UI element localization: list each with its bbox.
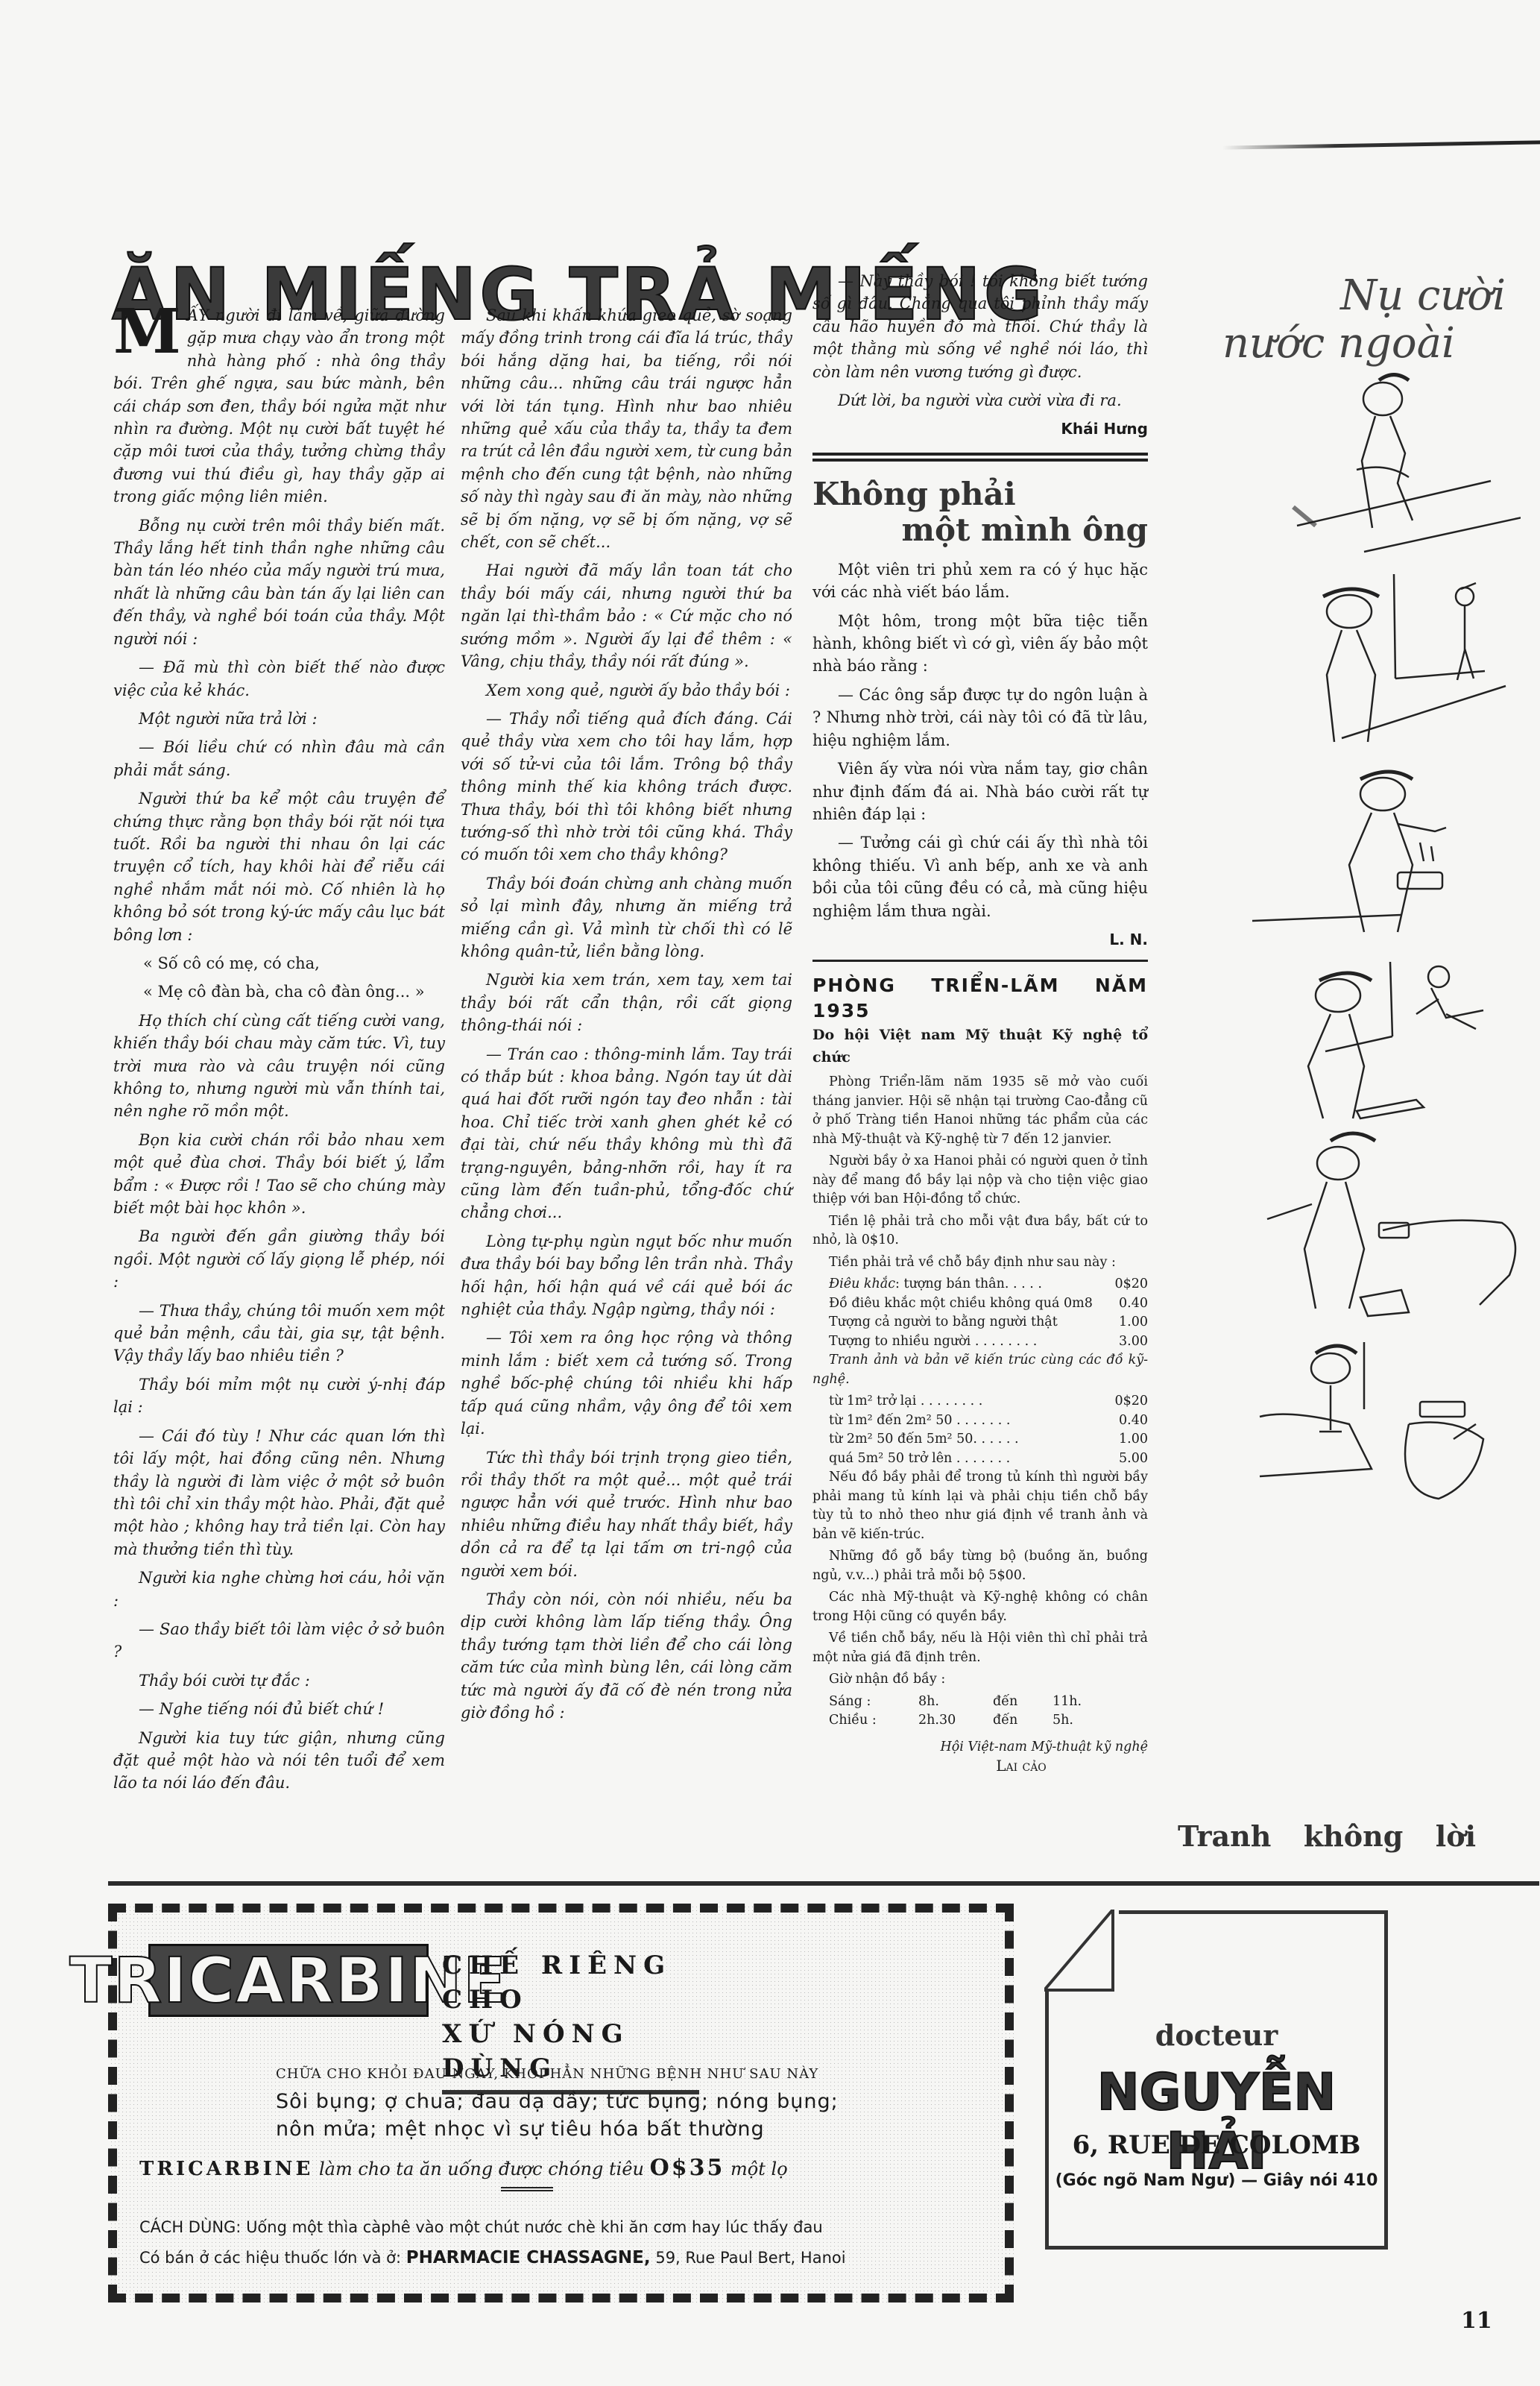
article-paragraph: — Bói liều chứ có nhìn đâu mà cần phải m… bbox=[113, 736, 445, 781]
price-value: 1.00 bbox=[1119, 1430, 1148, 1449]
article-paragraph: Người thứ ba kể một câu truyện để chứng … bbox=[113, 787, 445, 946]
exhibition-paragraph: Các nhà Mỹ-thuật và Kỹ-nghệ không có châ… bbox=[812, 1588, 1148, 1626]
section-divider bbox=[812, 960, 1148, 963]
price-value: 1.00 bbox=[1119, 1313, 1148, 1332]
article-paragraph: Người kia xem trán, xem tay, xem tai thầ… bbox=[461, 969, 792, 1036]
tricarbine-logo: TRICARBINE bbox=[148, 1944, 429, 2017]
tricarbine-claim: TRICARBINE làm cho ta ăn uống được chóng… bbox=[139, 2155, 989, 2181]
price-label: quá 5m² 50 trở lên . . . . . . . bbox=[829, 1449, 1010, 1469]
tricarbine-symptoms: nôn mửa; mệt nhọc vì sự tiêu hóa bất thư… bbox=[276, 2118, 765, 2141]
price-category-label: Điêu khắc bbox=[829, 1277, 895, 1291]
article-paragraph: Người kia tuy tức giận, nhưng cũng đặt q… bbox=[113, 1727, 445, 1795]
article-paragraph: MẤY người đi làm về, giữa đường gặp mưa … bbox=[113, 304, 445, 509]
price-category-label: Tranh ảnh và bản vẽ kiến trúc cùng các đ… bbox=[812, 1351, 1148, 1389]
article-paragraph: Lòng tự-phụ ngùn ngụt bốc như muốn đưa t… bbox=[461, 1230, 792, 1321]
tricarbine-symptoms: Sôi bụng; ợ chua; đau dạ dầy; tức bụng; … bbox=[276, 2090, 839, 2113]
article-paragraph: — Tôi xem ra ông học rộng và thông minh … bbox=[461, 1326, 792, 1440]
price-value: 0.40 bbox=[1119, 1294, 1148, 1314]
exhibition-paragraph: Người bầy ở xa Hanoi phải có người quen … bbox=[812, 1152, 1148, 1209]
article-paragraph: Thầy bói đoán chừng anh chàng muốn sỏ lạ… bbox=[461, 872, 792, 963]
article-paragraph: Hai người đã mấy lần toan tát cho thầy b… bbox=[461, 559, 792, 673]
article-paragraph: Ba người đến gần giường thầy bói ngồi. M… bbox=[113, 1225, 445, 1293]
article-paragraph: — Thầy nổi tiếng quả đích đáng. Cái quẻ … bbox=[461, 708, 792, 866]
comic-caption: Tranh không lời bbox=[1178, 1819, 1476, 1853]
doctor-phone: (Góc ngõ Nam Ngư) — Giây nói 410 bbox=[1049, 2171, 1384, 2190]
article-paragraph: Thầy bói cười tự đắc : bbox=[113, 1669, 445, 1692]
anecdote-title-line-2: một mình ông bbox=[812, 512, 1148, 548]
doctor-address: 6, RUE DE COLOMB bbox=[1049, 2130, 1384, 2160]
article-column-1: MẤY người đi làm về, giữa đường gặp mưa … bbox=[113, 304, 445, 1801]
article-paragraph: — Cái đó tùy ! Như các quan lớn thì tôi … bbox=[113, 1425, 445, 1561]
article-paragraph: Một người nữa trả lời : bbox=[113, 708, 445, 730]
article-paragraph: Bỗng nụ cười trên môi thầy biến mất. Thầ… bbox=[113, 514, 445, 650]
decorative-top-rule bbox=[1222, 140, 1540, 150]
price-label: từ 1m² trở lại . . . . . . . . bbox=[829, 1392, 982, 1411]
price-row: Điêu khắc: tượng bán thân. . . . . 0$20 bbox=[812, 1275, 1148, 1294]
article-paragraph: Tức thì thầy bói trịnh trọng gieo tiền, … bbox=[461, 1447, 792, 1582]
decorative-rule bbox=[501, 2187, 553, 2191]
article-paragraph: — Này thầy bói ! tôi không biết tướng số… bbox=[812, 270, 1148, 383]
tricarbine-price: O$35 bbox=[650, 2155, 725, 2181]
comic-panel-5 bbox=[1267, 1133, 1515, 1316]
tricarbine-heal-line: CHỮA CHO KHỎI ĐAU NGAY, KHỎI HẲN NHỮNG B… bbox=[276, 2066, 818, 2082]
price-label: từ 2m² 50 đến 5m² 50. . . . . . bbox=[829, 1430, 1019, 1449]
article-paragraph: — Đã mù thì còn biết thế nào được việc c… bbox=[113, 656, 445, 702]
verse-line: « Số cô có mẹ, có cha, bbox=[113, 952, 445, 975]
article-paragraph: — Sao thầy biết tôi làm việc ở sở buôn ? bbox=[113, 1618, 445, 1663]
article-paragraph: Bọn kia cười chán rồi bảo nhau xem một q… bbox=[113, 1129, 445, 1220]
comic-caption-word: Tranh bbox=[1178, 1819, 1271, 1853]
article-column-3: — Này thầy bói ! tôi không biết tướng số… bbox=[812, 270, 1148, 1776]
exhibition-credit-note: Lai cảo bbox=[812, 1757, 1148, 1776]
tricarbine-usage: CÁCH DÙNG: Uống một thìa càphê vào một c… bbox=[139, 2218, 989, 2236]
exhibition-paragraph: Giờ nhận đồ bầy : bbox=[812, 1670, 1148, 1690]
exhibition-body: Phòng Triển-lãm năm 1935 sẽ mở vào cuối … bbox=[812, 1073, 1148, 1776]
article-paragraph: Thầy còn nói, còn nói nhiều, nếu ba dịp … bbox=[461, 1588, 792, 1724]
price-label: từ 1m² đến 2m² 50 . . . . . . . bbox=[829, 1411, 1010, 1431]
article-paragraph: Dứt lời, ba người vừa cười vừa đi ra. bbox=[812, 389, 1148, 412]
comic-title: Nụ cười nước ngoài bbox=[1222, 272, 1513, 368]
comic-panel-2 bbox=[1323, 574, 1506, 742]
price-row: quá 5m² 50 trở lên . . . . . . . 5.00 bbox=[812, 1449, 1148, 1469]
anecdote-body: Một viên tri phủ xem ra có ý hục hặc với… bbox=[812, 558, 1148, 922]
anecdote-title-line-1: Không phải bbox=[812, 476, 1148, 512]
article-paragraph: Người kia nghe chừng hơi cáu, hỏi vặn : bbox=[113, 1567, 445, 1612]
page-number: 11 bbox=[1461, 2308, 1492, 2334]
price-row: từ 1m² đến 2m² 50 . . . . . . . 0.40 bbox=[812, 1411, 1148, 1431]
price-value: 0.40 bbox=[1119, 1411, 1148, 1431]
anecdote-paragraph: — Các ông sắp được tự do ngôn luận à ? N… bbox=[812, 684, 1148, 752]
drop-cap: M bbox=[113, 307, 181, 356]
comic-strip-illustration bbox=[1208, 365, 1521, 1767]
exhibition-paragraph: Tiền phải trả về chỗ bầy định như sau nà… bbox=[812, 1253, 1148, 1273]
comic-caption-word: không bbox=[1304, 1819, 1404, 1853]
price-row: Đồ điêu khắc một chiều không quá 0m8 0.4… bbox=[812, 1294, 1148, 1314]
hours-row: Sáng :8h.đến11h. bbox=[812, 1693, 1148, 1712]
price-row: Tượng cả người to bằng người thật 1.00 bbox=[812, 1313, 1148, 1332]
section-divider bbox=[812, 453, 1148, 462]
exhibition-paragraph: Tiền lệ phải trả cho mỗi vật đưa bầy, bấ… bbox=[812, 1212, 1148, 1250]
price-value: 0$20 bbox=[1114, 1392, 1148, 1411]
comic-panel-4 bbox=[1308, 962, 1483, 1118]
price-label: Tượng to nhiều người . . . . . . . . bbox=[829, 1332, 1037, 1352]
anecdote-paragraph: Một viên tri phủ xem ra có ý hục hặc với… bbox=[812, 558, 1148, 604]
exhibition-paragraph: Về tiền chỗ bầy, nếu là Hội viên thì chỉ… bbox=[812, 1629, 1148, 1667]
article-paragraph: Xem xong quẻ, người ấy bảo thầy bói : bbox=[461, 679, 792, 702]
comic-caption-word: lời bbox=[1436, 1819, 1476, 1853]
price-row: từ 1m² trở lại . . . . . . . . 0$20 bbox=[812, 1392, 1148, 1411]
exhibition-paragraph: Những đồ gỗ bầy từng bộ (buồng ăn, buồng… bbox=[812, 1547, 1148, 1585]
article-paragraph: Thầy bói mỉm một nụ cười ý-nhị đáp lại : bbox=[113, 1373, 445, 1419]
price-row: Tượng to nhiều người . . . . . . . . 3.0… bbox=[812, 1332, 1148, 1352]
article-column-2: Sau khi khấn khứa gieo quẻ, sờ soạng mấy… bbox=[461, 304, 792, 1730]
anecdote-paragraph: — Tưởng cái gì chứ cái ấy thì nhà tôi kh… bbox=[812, 831, 1148, 922]
comic-title-line-2: nước ngoài bbox=[1222, 320, 1513, 368]
price-label: Tượng cả người to bằng người thật bbox=[829, 1313, 1058, 1332]
article-paragraph: — Trán cao : thông-minh lắm. Tay trái có… bbox=[461, 1043, 792, 1224]
price-value: 3.00 bbox=[1119, 1332, 1148, 1352]
exhibition-credit: Hội Việt-nam Mỹ-thuật kỹ nghệ bbox=[812, 1738, 1148, 1757]
price-value: 0$20 bbox=[1114, 1275, 1148, 1294]
price-row: từ 2m² 50 đến 5m² 50. . . . . . 1.00 bbox=[812, 1430, 1148, 1449]
comic-title-line-1: Nụ cười bbox=[1222, 272, 1513, 320]
exhibition-title: PHÒNG TRIỂN-LÃM NĂM 1935 bbox=[812, 973, 1148, 1024]
comic-panel-1 bbox=[1293, 375, 1521, 553]
verse-line: « Mẹ cô đàn bà, cha cô đàn ông... » bbox=[113, 980, 445, 1003]
exhibition-paragraph: Phòng Triển-lãm năm 1935 sẽ mở vào cuối … bbox=[812, 1073, 1148, 1149]
comic-panel-6 bbox=[1260, 1342, 1483, 1499]
price-label: Đồ điêu khắc một chiều không quá 0m8 bbox=[829, 1294, 1093, 1314]
author-signature: Khái Hưng bbox=[812, 418, 1148, 440]
doctor-advertisement: docteur NGUYỄN HẢI 6, RUE DE COLOMB (Góc… bbox=[1045, 1910, 1388, 2250]
article-paragraph: Họ thích chí cùng cất tiếng cười vang, k… bbox=[113, 1010, 445, 1123]
doctor-title: docteur bbox=[1049, 2018, 1384, 2052]
comic-panel-3 bbox=[1252, 772, 1446, 932]
anecdote-paragraph: Viên ấy vừa nói vừa nắm tay, giơ chân nh… bbox=[812, 758, 1148, 825]
tricarbine-sold-at: Có bán ở các hiệu thuốc lớn và ở: PHARMA… bbox=[139, 2248, 989, 2267]
ads-top-rule bbox=[108, 1881, 1539, 1886]
anecdote-paragraph: Một hôm, trong một bữa tiệc tiễn hành, k… bbox=[812, 610, 1148, 678]
exhibition-paragraph: Nếu đồ bầy phải để trong tủ kính thì ngư… bbox=[812, 1468, 1148, 1544]
doctor-name: NGUYỄN HẢI bbox=[1049, 2063, 1384, 2181]
article-paragraph: Sau khi khấn khứa gieo quẻ, sờ soạng mấy… bbox=[461, 304, 792, 553]
price-value: 5.00 bbox=[1119, 1449, 1148, 1469]
hours-row: Chiều :2h.30đến5h. bbox=[812, 1711, 1148, 1731]
tricarbine-advertisement: TRICARBINE CHẾ RIÊNG CHO XỨ NÓNG DÙNG CH… bbox=[108, 1904, 1014, 2302]
article-paragraph: — Nghe tiếng nói đủ biết chứ ! bbox=[113, 1698, 445, 1720]
folded-corner-icon bbox=[1044, 1910, 1119, 1992]
exhibition-subtitle: Do hội Việt nam Mỹ thuật Kỹ nghệ tổ chức bbox=[812, 1024, 1148, 1068]
article-paragraph: — Thưa thầy, chúng tôi muốn xem một quẻ … bbox=[113, 1300, 445, 1367]
anecdote-signature: L. N. bbox=[812, 928, 1148, 951]
